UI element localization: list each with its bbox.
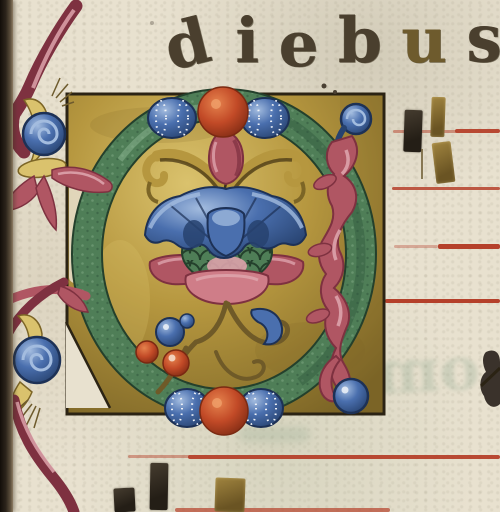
pink-bud <box>209 132 243 184</box>
pink-leaf <box>36 176 56 230</box>
blue-spiral-knot <box>14 337 60 383</box>
red-berry <box>136 341 158 363</box>
bottom-bead-cluster <box>165 387 283 435</box>
red-ball <box>198 87 248 137</box>
letter-e: e <box>279 4 319 84</box>
blue-berry-small <box>180 314 194 328</box>
ink-speck <box>322 84 327 89</box>
red-berry <box>163 350 189 376</box>
letter-b: b <box>338 0 382 80</box>
penwork-fragment <box>480 350 500 406</box>
blue-spiral-knot <box>23 113 65 155</box>
book-gutter-edge <box>0 0 13 512</box>
letter-i: i <box>235 1 259 79</box>
red-ball <box>200 387 248 435</box>
manuscript-page: om <box>0 0 500 512</box>
letter-u: u <box>401 0 447 80</box>
blue-ball-bottom <box>334 379 368 413</box>
letter-s: s <box>467 0 500 80</box>
ink-speck <box>333 90 337 94</box>
fly-speck <box>150 21 154 25</box>
chant-text-line: d i e b u s <box>172 0 500 84</box>
